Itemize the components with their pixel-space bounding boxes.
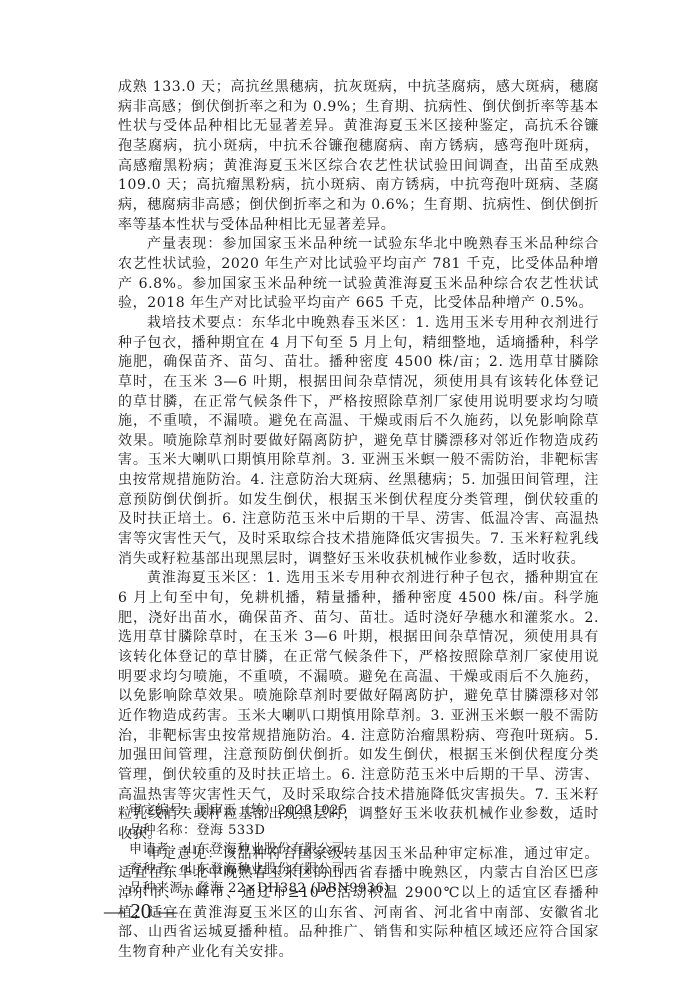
- paragraph-yield-performance: 产量表现：参加国家玉米品种统一试验东华北中晚熟春玉米品种综合农艺性状试验，202…: [118, 235, 599, 314]
- page-number: — 20 —: [104, 899, 178, 924]
- variety-name: 品种名称：登海 533D: [129, 821, 529, 841]
- variety-source: 品种来源：登海 22×DH382 (DBN9936): [129, 879, 529, 899]
- approval-number: 审定编号：国审玉（转）20231025: [129, 801, 529, 821]
- applicant: 申请者：山东登海种业股份有限公司: [129, 840, 529, 860]
- paragraph-cultivation-northeast: 栽培技术要点：东华北中晚熟春玉米区：1. 选用玉米专用种衣剂进行种子包衣，播种期…: [118, 314, 599, 570]
- variety-entry: 审定编号：国审玉（转）20231025 品种名称：登海 533D 申请者：山东登…: [129, 801, 529, 899]
- breeder: 育种者：山东登海种业股份有限公司: [129, 860, 529, 880]
- paragraph-disease-resistance: 成熟 133.0 天；高抗丝黑穗病，抗灰斑病，中抗茎腐病，感大斑病，穗腐病非高感…: [118, 78, 599, 235]
